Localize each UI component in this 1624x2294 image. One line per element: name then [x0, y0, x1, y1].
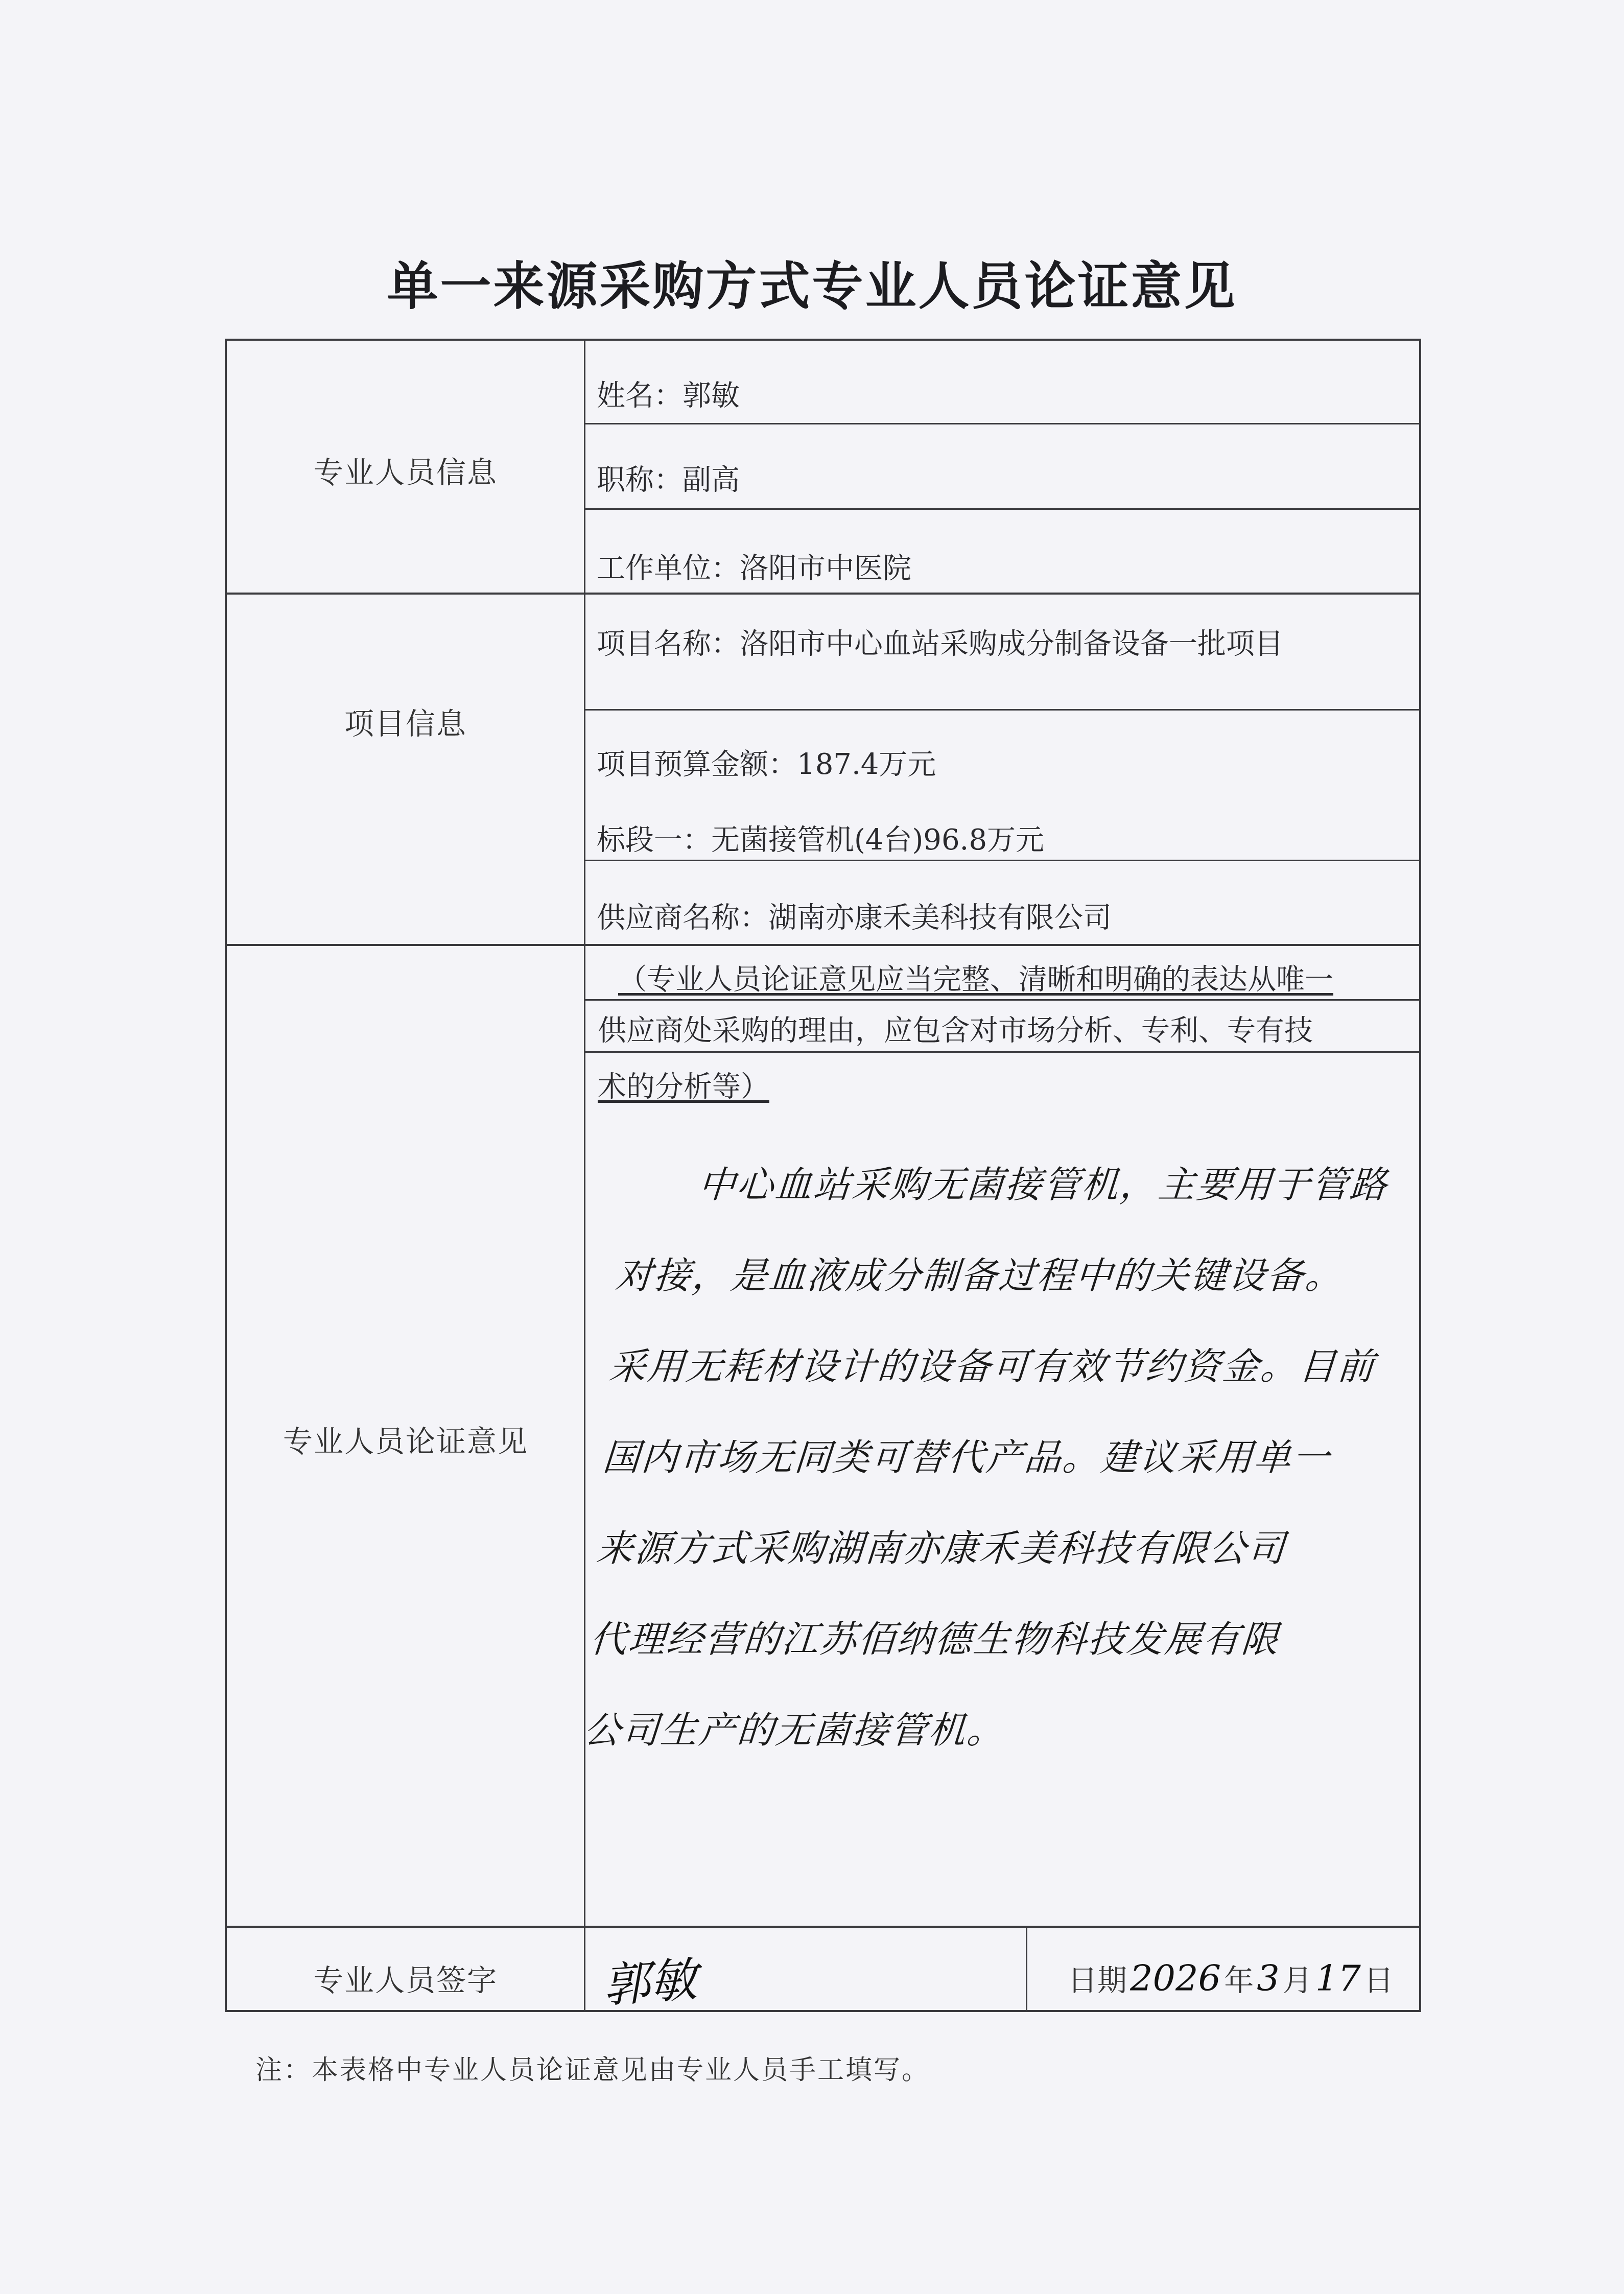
handwritten-line: 中心血站采购无菌接管机，主要用于管路	[619, 1139, 1422, 1230]
row-divider	[584, 508, 1421, 510]
date-day: 17	[1312, 1957, 1364, 1999]
project-name-row: 项目名称：洛阳市中心血站采购成分制备设备一批项目	[597, 621, 1409, 668]
row-divider	[584, 709, 1421, 711]
month-suffix: 月	[1283, 1963, 1312, 1998]
project-name-value: 洛阳市中心血站采购成分制备设备一批项目	[740, 627, 1283, 660]
date-label: 日期	[1068, 1963, 1127, 1998]
personnel-title-row: 职称：副高	[597, 457, 740, 498]
footer-note: 注：本表格中专业人员论证意见由专业人员手工填写。	[255, 2048, 930, 2087]
employer-label: 工作单位：	[597, 552, 740, 585]
date-cell-divider	[1026, 1926, 1027, 2012]
name-value: 郭敏	[682, 379, 740, 412]
handwritten-line: 对接，是血液成分制备过程中的关键设备。	[613, 1230, 1416, 1321]
personnel-name-row: 姓名：郭敏	[597, 373, 740, 414]
table-border-left	[225, 339, 227, 2012]
title-value: 副高	[682, 463, 740, 496]
handwritten-line: 公司生产的无菌接管机。	[580, 1685, 1383, 1776]
lot-value: 无菌接管机(4台)96.8万元	[711, 823, 1044, 857]
project-lot-row: 标段一：无菌接管机(4台)96.8万元	[597, 817, 1044, 858]
opinion-instruction: （专业人员论证意见应当完整、清晰和明确的表达从唯一 供应商处采购的理由，应包含对…	[598, 954, 1415, 1113]
row-divider	[584, 860, 1421, 861]
handwritten-line: 来源方式采购湖南亦康禾美科技有限公司	[593, 1503, 1396, 1594]
table-border-top	[225, 339, 1421, 341]
budget-label: 项目预算金额：	[597, 748, 797, 781]
instruction-line-3: 术的分析等）	[598, 1061, 1415, 1113]
section-label-signature: 专业人员签字	[227, 1956, 584, 1999]
section-label-project: 项目信息	[227, 700, 584, 743]
employer-value: 洛阳市中医院	[740, 552, 911, 585]
section-divider	[225, 1926, 1421, 1928]
budget-value: 187.4万元	[797, 748, 936, 781]
project-budget-row: 项目预算金额：187.4万元	[597, 742, 936, 783]
handwritten-line: 国内市场无同类可替代产品。建议采用单一	[600, 1412, 1403, 1503]
year-suffix: 年	[1224, 1963, 1254, 1998]
personnel-employer-row: 工作单位：洛阳市中医院	[597, 546, 911, 586]
section-divider	[225, 944, 1421, 946]
handwritten-opinion: 中心血站采购无菌接管机，主要用于管路 对接，是血液成分制备过程中的关键设备。 采…	[580, 1139, 1422, 1776]
table-border-bottom	[225, 2010, 1421, 2012]
instruction-line-1: （专业人员论证意见应当完整、清晰和明确的表达从唯一	[598, 954, 1415, 1005]
handwritten-line: 采用无耗材设计的设备可有效节约资金。目前	[606, 1321, 1409, 1412]
project-name-label: 项目名称：	[597, 627, 740, 660]
project-supplier-row: 供应商名称：湖南亦康禾美科技有限公司	[597, 895, 1112, 936]
date-month: 3	[1254, 1957, 1283, 1999]
section-label-opinion: 专业人员论证意见	[227, 1417, 584, 1460]
section-label-personnel: 专业人员信息	[227, 448, 584, 491]
supplier-label: 供应商名称：	[597, 901, 768, 934]
lot-label: 标段一：	[597, 823, 711, 857]
row-divider	[584, 423, 1421, 424]
title-label: 职称：	[597, 463, 682, 496]
document-title: 单一来源采购方式专业人员论证意见	[0, 245, 1624, 319]
name-label: 姓名：	[597, 379, 682, 412]
instruction-line-2: 供应商处采购的理由，应包含对市场分析、专利、专有技	[598, 1005, 1415, 1056]
date-field: 日期2026年3月17日	[1068, 1956, 1394, 1999]
section-divider	[225, 593, 1421, 595]
supplier-value: 湖南亦康禾美科技有限公司	[768, 901, 1112, 934]
handwritten-line: 代理经营的江苏佰纳德生物科技发展有限	[587, 1594, 1390, 1685]
signature: 郭敏	[601, 1942, 699, 2016]
date-year: 2026	[1127, 1957, 1224, 1999]
day-suffix: 日	[1364, 1963, 1394, 1998]
